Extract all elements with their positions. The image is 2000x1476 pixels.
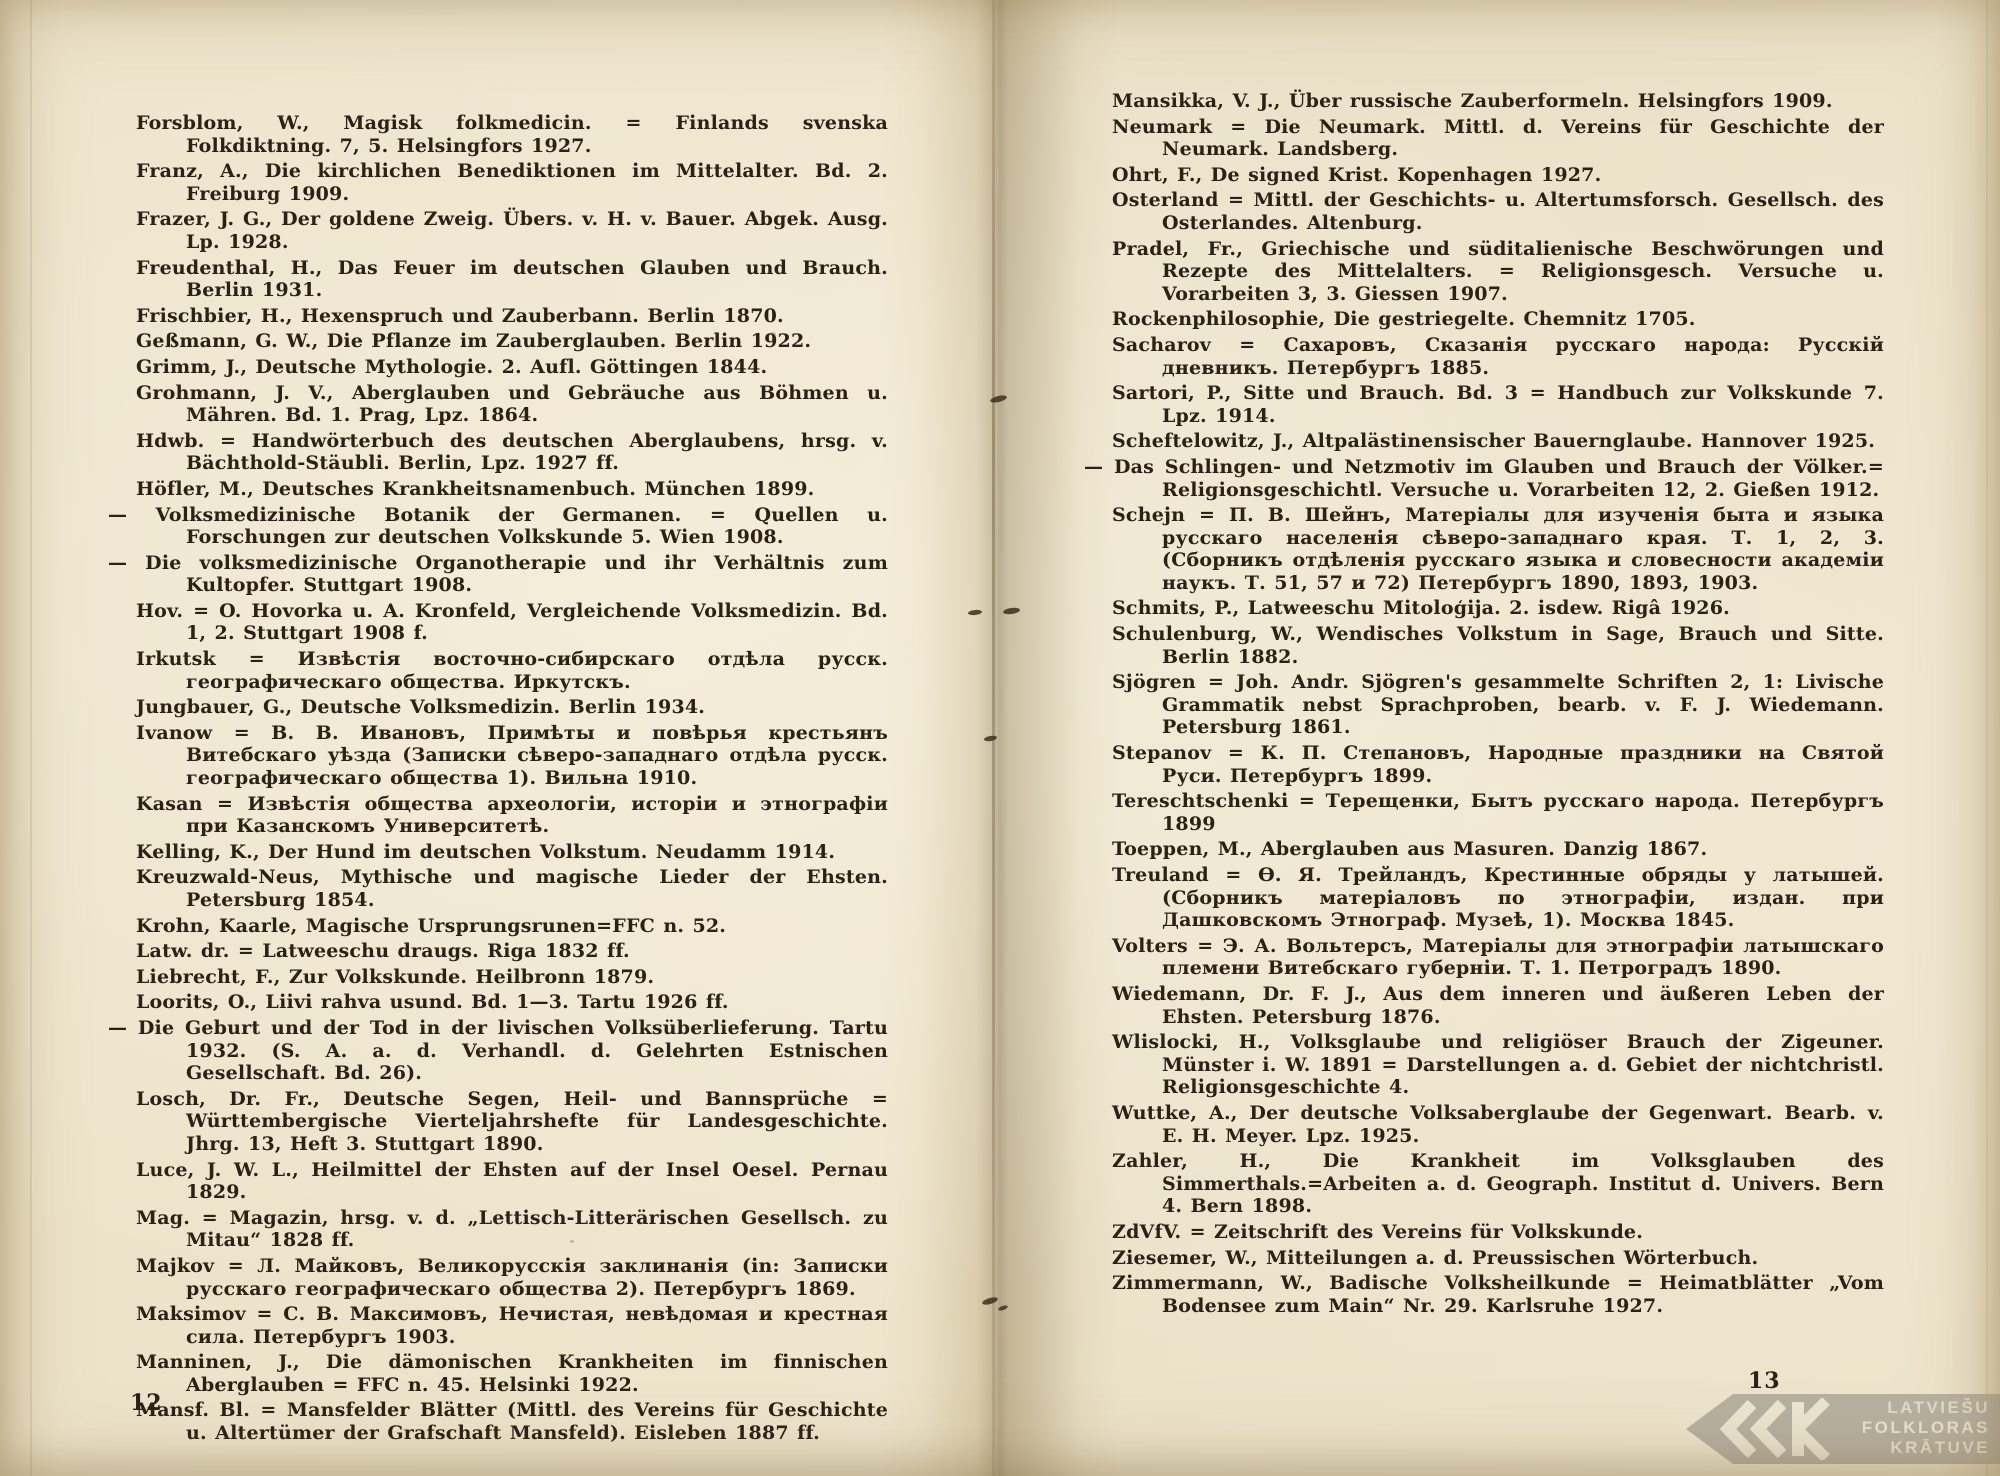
bibliography-entry: Geßmann, G. W., Die Pflanze im Zaubergla… <box>136 330 888 353</box>
bibliography-entry: Liebrecht, F., Zur Volkskunde. Heilbronn… <box>136 966 888 989</box>
bibliography-entry: Franz, A., Die kirchlichen Benediktionen… <box>136 160 888 205</box>
stitch-mark <box>984 735 998 742</box>
stitch-mark <box>981 1296 998 1306</box>
right-page-edge <box>1986 0 1988 1476</box>
bibliography-entry: Kreuzwald-Neus, Mythische und magische L… <box>136 866 888 911</box>
bibliography-entry: Rockenphilosophie, Die gestriegelte. Che… <box>1112 308 1884 331</box>
bibliography-entry: Neumark = Die Neumark. Mittl. d. Vereins… <box>1112 116 1884 161</box>
bibliography-entry: Wuttke, A., Der deutsche Volksaberglaube… <box>1112 1102 1884 1147</box>
bibliography-entry: Toeppen, M., Aberglauben aus Masuren. Da… <box>1112 838 1884 861</box>
gutter-shadow <box>920 0 1080 1476</box>
bibliography-entry: Majkov = Л. Майковъ, Великорусскія закли… <box>136 1255 888 1300</box>
bibliography-entry: Forsblom, W., Magisk folkmedicin. = Finl… <box>136 112 888 157</box>
bibliography-entry: ZdVfV. = Zeitschrift des Vereins für Vol… <box>1112 1221 1884 1244</box>
bibliography-entry: — Das Schlingen- und Netzmotiv im Glaube… <box>1112 456 1884 501</box>
bibliography-entry: Jungbauer, G., Deutsche Volksmedizin. Be… <box>136 696 888 719</box>
bibliography-entry: Schulenburg, W., Wendisches Volkstum in … <box>1112 623 1884 668</box>
bibliography-entry: Wlislocki, H., Volksglaube und religiöse… <box>1112 1031 1884 1099</box>
bibliography-entry: Sacharov = Сахаровъ, Сказанія русскаго н… <box>1112 334 1884 379</box>
bibliography-entry: Loorits, O., Liivi rahva usund. Bd. 1—3.… <box>136 991 888 1014</box>
watermark-line: KRĀTUVE <box>1862 1438 1990 1458</box>
bibliography-entry: Maksimov = С. В. Максимовъ, Нечистая, не… <box>136 1303 888 1348</box>
bibliography-entry: Treuland = Ѳ. Я. Трейландъ, Крестинные о… <box>1112 864 1884 932</box>
bibliography-entry: Hdwb. = Handwörterbuch des deutschen Abe… <box>136 430 888 475</box>
page-number-left: 12 <box>130 1390 163 1416</box>
bibliography-entry: Zahler, H., Die Krankheit im Volksglaube… <box>1112 1150 1884 1218</box>
bibliography-entry: Sartori, P., Sitte und Brauch. Bd. 3 = H… <box>1112 382 1884 427</box>
watermark-line: LATVIEŠU <box>1862 1398 1990 1418</box>
bibliography-entry: Kelling, K., Der Hund im deutschen Volks… <box>136 841 888 864</box>
bibliography-entry: Hov. = O. Hovorka u. A. Kronfeld, Vergle… <box>136 600 888 645</box>
bibliography-entry: Grohmann, J. V., Aberglauben und Gebräuc… <box>136 382 888 427</box>
bibliography-entry: Scheftelowitz, J., Altpalästinensischer … <box>1112 430 1884 453</box>
bibliography-entry: Zimmermann, W., Badische Volksheilkunde … <box>1112 1272 1884 1317</box>
bibliography-entry: Ziesemer, W., Mitteilungen a. d. Preussi… <box>1112 1247 1884 1270</box>
stitch-mark <box>1003 607 1021 615</box>
bibliography-entry: Mag. = Magazin, hrsg. v. d. „Lettisch-Li… <box>136 1207 888 1252</box>
bibliography-entry: Manninen, J., Die dämonischen Krankheite… <box>136 1351 888 1396</box>
bibliography-entry: Latw. dr. = Latweeschu draugs. Riga 1832… <box>136 940 888 963</box>
archive-watermark-text: LATVIEŠU FOLKLORAS KRĀTUVE <box>1862 1398 1990 1458</box>
bibliography-entry: Grimm, J., Deutsche Mythologie. 2. Aufl.… <box>136 356 888 379</box>
bibliography-entry: — Die volksmedizinische Organotherapie u… <box>136 552 888 597</box>
stitch-mark <box>968 609 982 615</box>
bibliography-entry: Tereschtschenki = Терещенки, Бытъ русска… <box>1112 790 1884 835</box>
watermark-line: FOLKLORAS <box>1862 1418 1990 1438</box>
bibliography-entry: Sjögren = Joh. Andr. Sjögren's gesammelt… <box>1112 671 1884 739</box>
archive-watermark-banner: LATVIEŠU FOLKLORAS KRĀTUVE <box>1686 1394 2000 1464</box>
bibliography-entry: Mansikka, V. J., Über russische Zauberfo… <box>1112 90 1884 113</box>
bibliography-entry: Ivanow = В. В. Ивановъ, Примѣты и повѣрь… <box>136 722 888 790</box>
page-13-text-block: Mansikka, V. J., Über russische Zauberfo… <box>1112 90 1884 1320</box>
stitch-mark <box>998 1304 1009 1311</box>
bibliography-entry: Frischbier, H., Hexenspruch und Zauberba… <box>136 305 888 328</box>
page-12-text-block: Forsblom, W., Magisk folkmedicin. = Finl… <box>136 112 888 1448</box>
left-page-edge <box>30 0 32 1476</box>
bibliography-entry: Wiedemann, Dr. F. J., Aus dem inneren un… <box>1112 983 1884 1028</box>
bibliography-entry: Pradel, Fr., Griechische und süditalieni… <box>1112 238 1884 306</box>
bibliography-entry: Frazer, J. G., Der goldene Zweig. Übers.… <box>136 208 888 253</box>
bibliography-entry: Mansf. Bl. = Mansfelder Blätter (Mittl. … <box>136 1399 888 1444</box>
bibliography-entry: Osterland = Mittl. der Geschichts- u. Al… <box>1112 189 1884 234</box>
bibliography-entry: Stepanov = К. П. Степановъ, Народные пра… <box>1112 742 1884 787</box>
bibliography-entry: Irkutsk = Извѣстія восточно-сибирскаго о… <box>136 648 888 693</box>
bibliography-entry: Ohrt, F., De signed Krist. Kopenhagen 19… <box>1112 164 1884 187</box>
bibliography-entry: Kasan = Извѣстія общества археологіи, ис… <box>136 793 888 838</box>
bibliography-entry: Schmits, P., Latweeschu Mitoloģija. 2. i… <box>1112 597 1884 620</box>
bibliography-entry: Freudenthal, H., Das Feuer im deutschen … <box>136 257 888 302</box>
bibliography-entry: Höfler, M., Deutsches Krankheitsnamenbuc… <box>136 478 888 501</box>
bibliography-entry: Krohn, Kaarle, Magische Ursprungsrunen=F… <box>136 915 888 938</box>
bibliography-entry: Losch, Dr. Fr., Deutsche Segen, Heil- un… <box>136 1088 888 1156</box>
page-number-right: 13 <box>1748 1368 1781 1394</box>
bibliography-entry: — Volksmedizinische Botanik der Germanen… <box>136 504 888 549</box>
bibliography-entry: — Die Geburt und der Tod in der livische… <box>136 1017 888 1085</box>
bibliography-entry: Schejn = П. В. Шейнъ, Матеріалы для изуч… <box>1112 504 1884 594</box>
bibliography-entry: Luce, J. W. L., Heilmittel der Ehsten au… <box>136 1159 888 1204</box>
bibliography-entry: Volters = Э. А. Вольтерсъ, Матеріалы для… <box>1112 935 1884 980</box>
lfk-chevron-logo-icon <box>1720 1398 1840 1460</box>
book-spread-scan: { "scan": { "colors": { "paper": "#ece3c… <box>0 0 2000 1476</box>
